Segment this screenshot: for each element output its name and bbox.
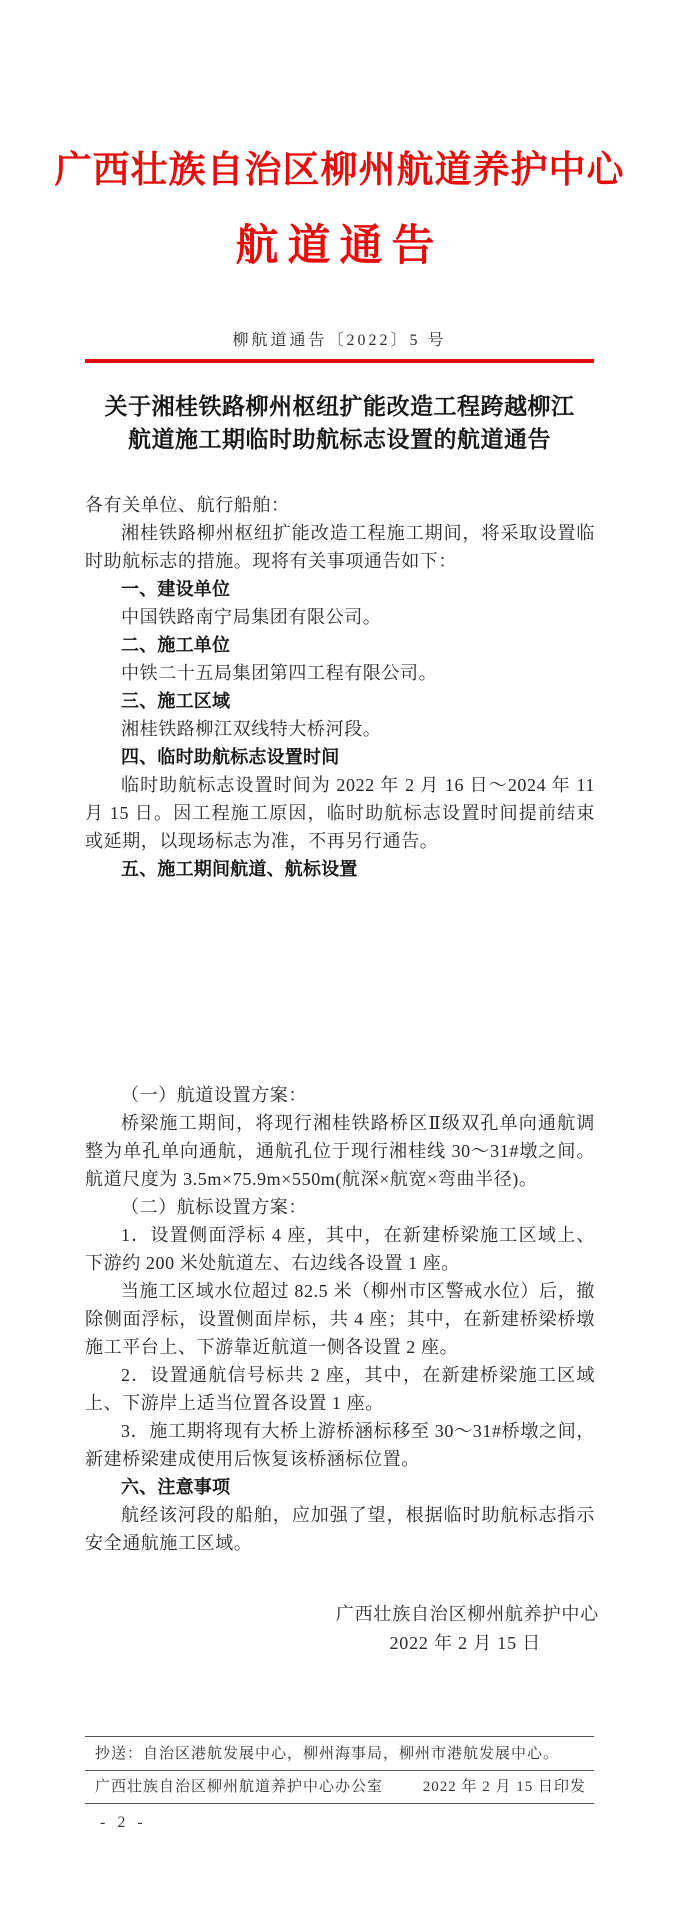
paragraph-caution: 航经该河段的船舶，应加强了望，根据临时助航标志指示安全通航施工区域。 [85, 1501, 595, 1557]
paragraph-time: 临时助航标志设置时间为 2022 年 2 月 16 日～2024 年 11 月 … [85, 771, 595, 855]
cc-line: 抄送：自治区港航发展中心，柳州海事局，柳州市港航发展中心。 [85, 1737, 594, 1770]
page-number: - 2 - [100, 1814, 147, 1832]
footer-rule-bottom [85, 1803, 594, 1804]
paragraph-culvert-marks: 3．施工期将现有大桥上游桥涵标移至 30～31#桥墩之间，新建桥梁建成使用后恢复… [85, 1417, 595, 1473]
section-heading-2: 二、施工单位 [85, 631, 595, 659]
paragraph-channel-detail: 桥梁施工期间，将现行湘桂铁路桥区Ⅱ级双孔单向通航调整为单孔单向通航，通航孔位于现… [85, 1109, 595, 1193]
paragraph-signal-marks: 2．设置通航信号标共 2 座，其中，在新建桥梁施工区域上、下游岸上适当位置各设置… [85, 1361, 595, 1417]
section-heading-4: 四、临时助航标志设置时间 [85, 743, 595, 771]
paragraph-intro: 湘桂铁路柳州枢纽扩能改造工程施工期间，将采取设置临时助航标志的措施。现将有关事项… [85, 519, 595, 575]
signature-block: 广西壮族自治区柳州航养护中心 2022 年 2 月 15 日 [85, 1600, 599, 1658]
letterhead-org-title: 广西壮族自治区柳州航道养护中心 [0, 148, 679, 194]
subject-line-1: 关于湘桂铁路柳州枢纽扩能改造工程跨越柳江 [70, 390, 609, 423]
paragraph-water-level: 当施工区域水位超过 82.5 米（柳州市区警戒水位）后，撤除侧面浮标，设置侧面岸… [85, 1277, 595, 1361]
page-break-gap [85, 883, 595, 1081]
red-divider-rule [85, 359, 594, 363]
section-heading-6: 六、注意事项 [85, 1473, 595, 1501]
paragraph-builder: 中国铁路南宁局集团有限公司。 [85, 603, 595, 631]
subject-line-2: 航道施工期临时助航标志设置的航道通告 [70, 423, 609, 456]
issuer-office: 广西壮族自治区柳州航道养护中心办公室 [95, 1776, 383, 1798]
subsection-channel-plan: （一）航道设置方案： [85, 1081, 595, 1109]
paragraph-contractor: 中铁二十五局集团第四工程有限公司。 [85, 659, 595, 687]
letterhead-doc-type: 航道通告 [0, 222, 679, 272]
document-footer: 抄送：自治区港航发展中心，柳州海事局，柳州市港航发展中心。 广西壮族自治区柳州航… [85, 1736, 594, 1804]
subsection-beacon-plan: （二）航标设置方案： [85, 1193, 595, 1221]
section-heading-1: 一、建设单位 [85, 575, 595, 603]
section-heading-3: 三、施工区域 [85, 687, 595, 715]
paragraph-area: 湘桂铁路柳江双线特大桥河段。 [85, 715, 595, 743]
notice-body: 各有关单位、航行船舶： 湘桂铁路柳州枢纽扩能改造工程施工期间，将采取设置临时助航… [85, 491, 595, 1557]
print-date: 2022 年 2 月 15 日印发 [423, 1776, 586, 1798]
notice-subject-title: 关于湘桂铁路柳州枢纽扩能改造工程跨越柳江 航道施工期临时助航标志设置的航道通告 [70, 390, 609, 456]
paragraph-buoys: 1．设置侧面浮标 4 座，其中，在新建桥梁施工区域上、下游约 200 米处航道左… [85, 1221, 595, 1277]
notice-document-page: 广西壮族自治区柳州航道养护中心 航道通告 柳航道通告〔2022〕5 号 关于湘桂… [0, 0, 679, 1920]
salutation: 各有关单位、航行船舶： [85, 491, 595, 519]
signature-date: 2022 年 2 月 15 日 [85, 1629, 541, 1658]
issuer-row: 广西壮族自治区柳州航道养护中心办公室 2022 年 2 月 15 日印发 [85, 1771, 594, 1803]
section-heading-5: 五、施工期间航道、航标设置 [85, 855, 595, 883]
document-number: 柳航道通告〔2022〕5 号 [0, 330, 679, 352]
signature-org: 广西壮族自治区柳州航养护中心 [85, 1600, 599, 1629]
